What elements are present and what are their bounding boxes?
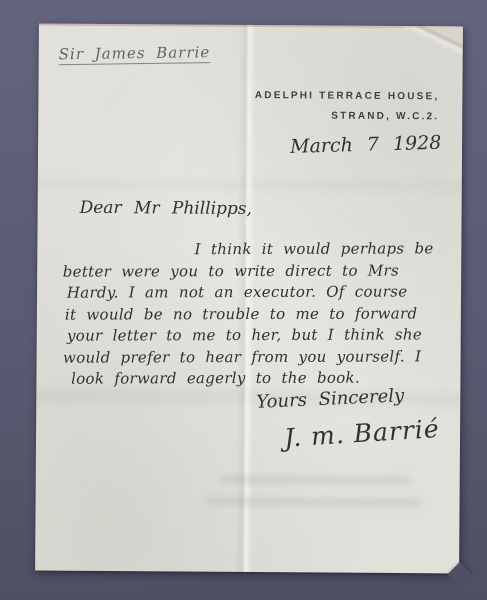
corner-fold-crease: [399, 26, 463, 56]
body-line: better were you to write direct to Mrs: [63, 260, 435, 283]
letterhead: ADELPHI TERRACE HOUSE, STRAND, W.C.2.: [255, 90, 440, 122]
signature: J. m. Barrié: [283, 414, 440, 453]
ink-bleed-through: [206, 497, 421, 508]
body-line: would prefer to hear from you yourself. …: [63, 346, 435, 369]
clipped-corner: [447, 562, 472, 587]
body-line: your letter to me to her, but I think sh…: [67, 324, 435, 347]
letter-body: I think it would perhaps be better were …: [63, 238, 436, 390]
letterhead-address-line-2: STRAND, W.C.2.: [255, 110, 440, 122]
salutation: Dear Mr Phillipps,: [80, 198, 252, 219]
body-line: I think it would perhaps be: [195, 238, 435, 260]
letterhead-address-line-1: ADELPHI TERRACE HOUSE,: [255, 90, 440, 102]
body-line: it would be no trouble to me to forward: [65, 303, 435, 326]
body-line: Hardy. I am not an executor. Of course: [67, 281, 435, 304]
ink-bleed-through: [221, 475, 411, 485]
photo-mount: Sir James Barrie ADELPHI TERRACE HOUSE, …: [0, 0, 487, 600]
letter-paper: Sir James Barrie ADELPHI TERRACE HOUSE, …: [35, 24, 463, 574]
pencil-annotation: Sir James Barrie: [59, 43, 211, 63]
letter-date: March 7 1928: [290, 132, 442, 158]
